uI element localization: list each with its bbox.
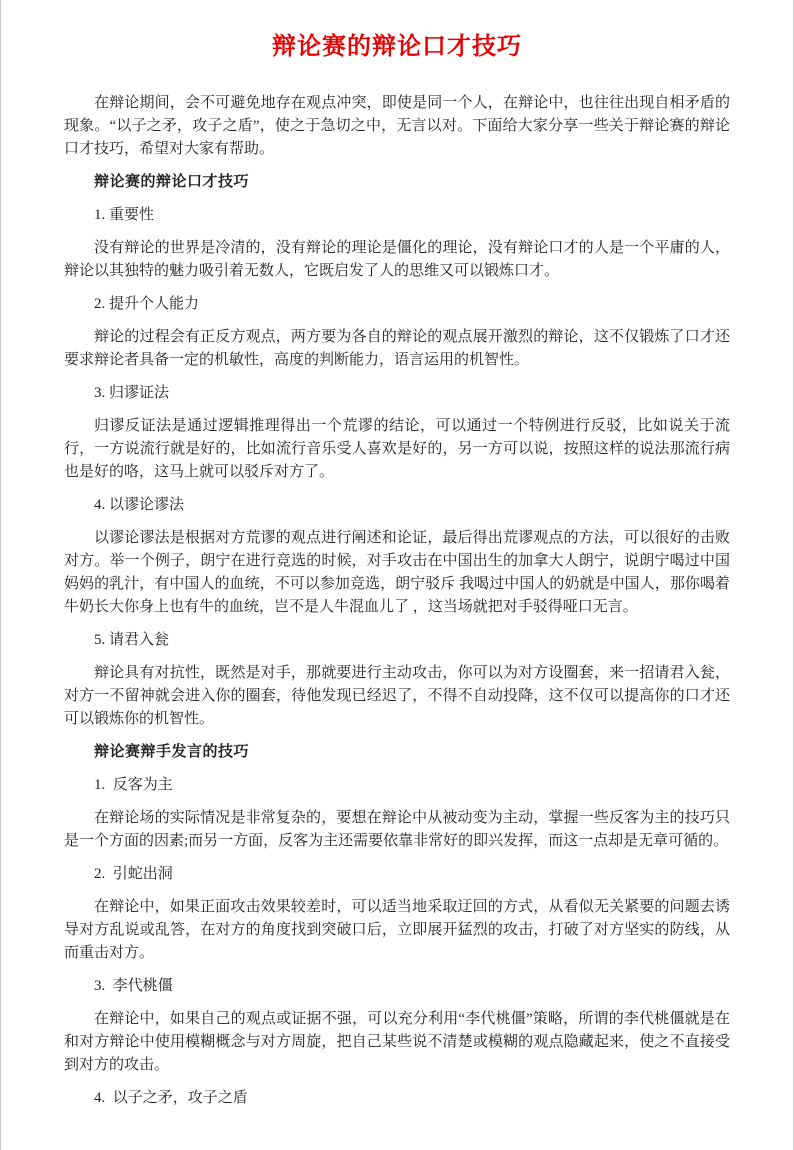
section-heading-debate-eloquence-skills: 辩论赛的辩论口才技巧 [64, 171, 730, 194]
intro-paragraph: 在辩论期间，会不可避免地存在观点冲突，即使是同一个人，在辩论中，也往往出现自相矛… [64, 92, 730, 161]
item-paragraph-improve-personal-ability: 辩论的过程会有正反方观点，两方要为各自的辩论的观点展开激烈的辩论，这不仅锻炼了口… [64, 326, 730, 372]
item-paragraph-importance: 没有辩论的世界是冷清的，没有辩论的理论是僵化的理论，没有辩论口才的人是一个平庸的… [64, 237, 730, 283]
document-page: 辩论赛的辩论口才技巧 在辩论期间，会不可避免地存在观点冲突，即使是同一个人，在辩… [0, 0, 794, 1150]
item-paragraph-lure-snake-out: 在辩论中，如果正面攻击效果较差时，可以适当地采取迂回的方式，从看似无关紧要的问题… [64, 896, 730, 965]
item-paragraph-reductio-ad-absurdum: 归谬反证法是通过逻辑推理得出一个荒谬的结论，可以通过一个特例进行反驳，比如说关于… [64, 415, 730, 484]
item-label-substitute-plum-for-peach: 3. 李代桃僵 [64, 975, 730, 998]
item-label-absurdity-argument: 4. 以谬论谬法 [64, 494, 730, 517]
item-label-reductio-ad-absurdum: 3. 归谬证法 [64, 382, 730, 405]
item-label-improve-personal-ability: 2. 提升个人能力 [64, 293, 730, 316]
item-paragraph-substitute-plum-for-peach: 在辩论中，如果自己的观点或证据不强，可以充分利用“李代桃僵”策略，所谓的李代桃僵… [64, 1008, 730, 1077]
item-label-lure-snake-out: 2. 引蛇出洞 [64, 863, 730, 886]
item-paragraph-turn-guest-into-host: 在辩论场的实际情况是非常复杂的，要想在辩论中从被动变为主动，掌握一些反客为主的技… [64, 807, 730, 853]
item-label-importance: 1. 重要性 [64, 204, 730, 227]
section-heading-debater-speaking-skills: 辩论赛辩手发言的技巧 [64, 741, 730, 764]
item-paragraph-invite-into-trap: 辩论具有对抗性，既然是对手，那就要进行主动攻击，你可以为对方设圈套，来一招请君入… [64, 662, 730, 731]
item-label-turn-guest-into-host: 1. 反客为主 [64, 774, 730, 797]
item-label-spear-and-shield: 4. 以子之矛，攻子之盾 [64, 1087, 730, 1110]
item-label-invite-into-trap: 5. 请君入瓮 [64, 629, 730, 652]
item-paragraph-absurdity-argument: 以谬论谬法是根据对方荒谬的观点进行阐述和论证，最后得出荒谬观点的方法，可以很好的… [64, 527, 730, 619]
document-title: 辩论赛的辩论口才技巧 [64, 32, 730, 62]
